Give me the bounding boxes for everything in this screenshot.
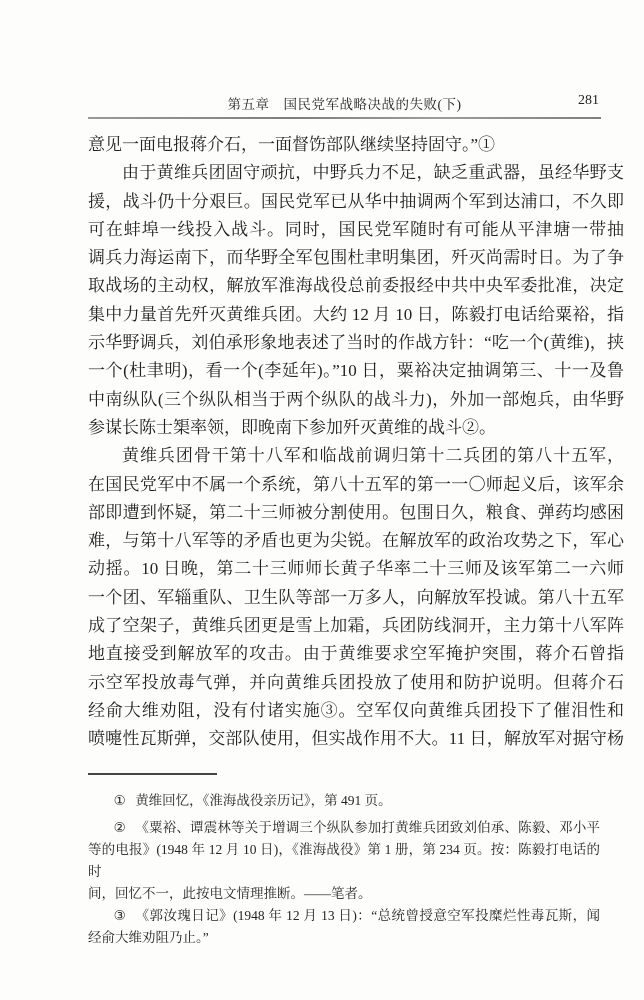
footnote-item: ①黄维回忆，《淮海战役亲历记》，第 491 页。 (88, 790, 600, 812)
footnote-marker: ① (114, 793, 126, 808)
footnote-line: 经俞大维劝阻乃止。” (88, 927, 600, 949)
body-line: 示华野调兵，刘伯承形象地表述了当时的作战方针：“吃一个(黄维)，挟 (88, 329, 624, 357)
body-line: 集中力量首先歼灭黄维兵团。大约 12 月 10 日，陈毅打电话给粟裕，指 (88, 301, 624, 329)
footnote-line: ①黄维回忆，《淮海战役亲历记》，第 491 页。 (88, 790, 600, 812)
footnote-item: ③《郭汝瑰日记》(1948 年 12 月 13 日)：“总统曾授意空军投糜烂性毒… (88, 905, 600, 949)
body-line: 调兵力海运南下，而华野全军包围杜聿明集团，歼灭尚需时日。为了争 (88, 244, 624, 272)
footnote-line: ②《粟裕、谭震林等关于增调三个纵队参加打黄维兵团致刘伯承、陈毅、邓小平 (88, 817, 600, 839)
body-line: 部即遭到怀疑，第二十三师被分割使用。包围日久，粮食、弹药均感困 (88, 499, 624, 527)
body-line: 经俞大维劝阻，没有付诸实施③。空军仅向黄维兵团投下了催泪性和 (88, 697, 624, 725)
running-title: 第五章 国民党军战略决战的失败(下) (88, 93, 601, 113)
footnote-marker: ② (114, 820, 126, 835)
footnote-marker: ③ (114, 908, 127, 923)
body-line: 可在蚌埠一线投入战斗。同时，国民党军随时有可能从平津塘一带抽 (88, 216, 624, 244)
footnote-item: ②《粟裕、谭震林等关于增调三个纵队参加打黄维兵团致刘伯承、陈毅、邓小平等的电报》… (88, 817, 600, 905)
footnote-line: ③《郭汝瑰日记》(1948 年 12 月 13 日)：“总统曾授意空军投糜烂性毒… (88, 905, 600, 927)
body-line: 援，战斗仍十分艰巨。国民党军已从华中抽调两个军到达浦口，不久即 (88, 188, 624, 216)
header-rule (88, 117, 601, 119)
page-number: 281 (578, 93, 599, 109)
page-header: 第五章 国民党军战略决战的失败(下) 281 (88, 93, 601, 111)
body-line: 在国民党军中不属一个系统，第八十五军的第一一〇师起义后，该军余 (88, 471, 624, 499)
body-line: 一个(杜聿明)，看一个(李延年)。”10 日，粟裕决定抽调第三、十一及鲁 (88, 357, 624, 385)
body-line: 取战场的主动权，解放军淮海战役总前委报经中共中央军委批准，决定 (88, 272, 624, 300)
body-line: 动摇。10 日晚，第二十三师师长黄子华率二十三师及该军第二一六师 (88, 555, 624, 583)
body-line: 示空军投放毒气弹，并向黄维兵团投放了使用和防护说明。但蒋介石 (88, 669, 624, 697)
body-line: 由于黄维兵团固守顽抗，中野兵力不足，缺乏重武器，虽经华野支 (88, 159, 624, 187)
book-page: 第五章 国民党军战略决战的失败(下) 281 意见一面电报蒋介石，一面督饬部队继… (0, 0, 644, 1000)
footnotes: ①黄维回忆，《淮海战役亲历记》，第 491 页。②《粟裕、谭震林等关于增调三个纵… (88, 790, 600, 949)
footnote-separator (88, 773, 217, 775)
body-line: 意见一面电报蒋介石，一面督饬部队继续坚持固守。”① (88, 131, 624, 159)
body-line: 难，与第十八军等的矛盾也更为尖锐。在解放军的政治攻势之下，军心 (88, 527, 624, 555)
body-line: 喷嚏性瓦斯弹，交部队使用，但实战作用不大。11 日，解放军对据守杨 (88, 725, 624, 753)
body-line: 黄维兵团骨干第十八军和临战前调归第十二兵团的第八十五军， (88, 442, 624, 470)
body-line: 地直接受到解放军的攻击。由于黄维要求空军掩护突围，蒋介石曾指 (88, 640, 624, 668)
body-line: 参谋长陈士榘率领，即晚南下参加歼灭黄维的战斗②。 (88, 414, 624, 442)
body-text: 意见一面电报蒋介石，一面督饬部队继续坚持固守。”①由于黄维兵团固守顽抗，中野兵力… (88, 131, 624, 754)
footnote-text: 黄维回忆，《淮海战役亲历记》，第 491 页。 (135, 793, 392, 808)
footnote-text: 《郭汝瑰日记》(1948 年 12 月 13 日)：“总统曾授意空军投糜烂性毒瓦… (136, 908, 600, 923)
footnote-line: 等的电报》(1948 年 12 月 10 日)，《淮海战役》第 1 册，第 23… (88, 839, 600, 883)
footnote-text: 《粟裕、谭震林等关于增调三个纵队参加打黄维兵团致刘伯承、陈毅、邓小平 (135, 820, 600, 835)
body-line: 成了空架子，黄维兵团更是雪上加霜，兵团防线洞开，主力第十八军阵 (88, 612, 624, 640)
body-line: 中南纵队(三个纵队相当于两个纵队的战斗力)，外加一部炮兵，由华野 (88, 386, 624, 414)
body-line: 一个团、军辎重队、卫生队等部一万多人，向解放军投诚。第八十五军 (88, 584, 624, 612)
footnote-line: 间，回忆不一，此按电文情理推断。——笔者。 (88, 883, 600, 905)
